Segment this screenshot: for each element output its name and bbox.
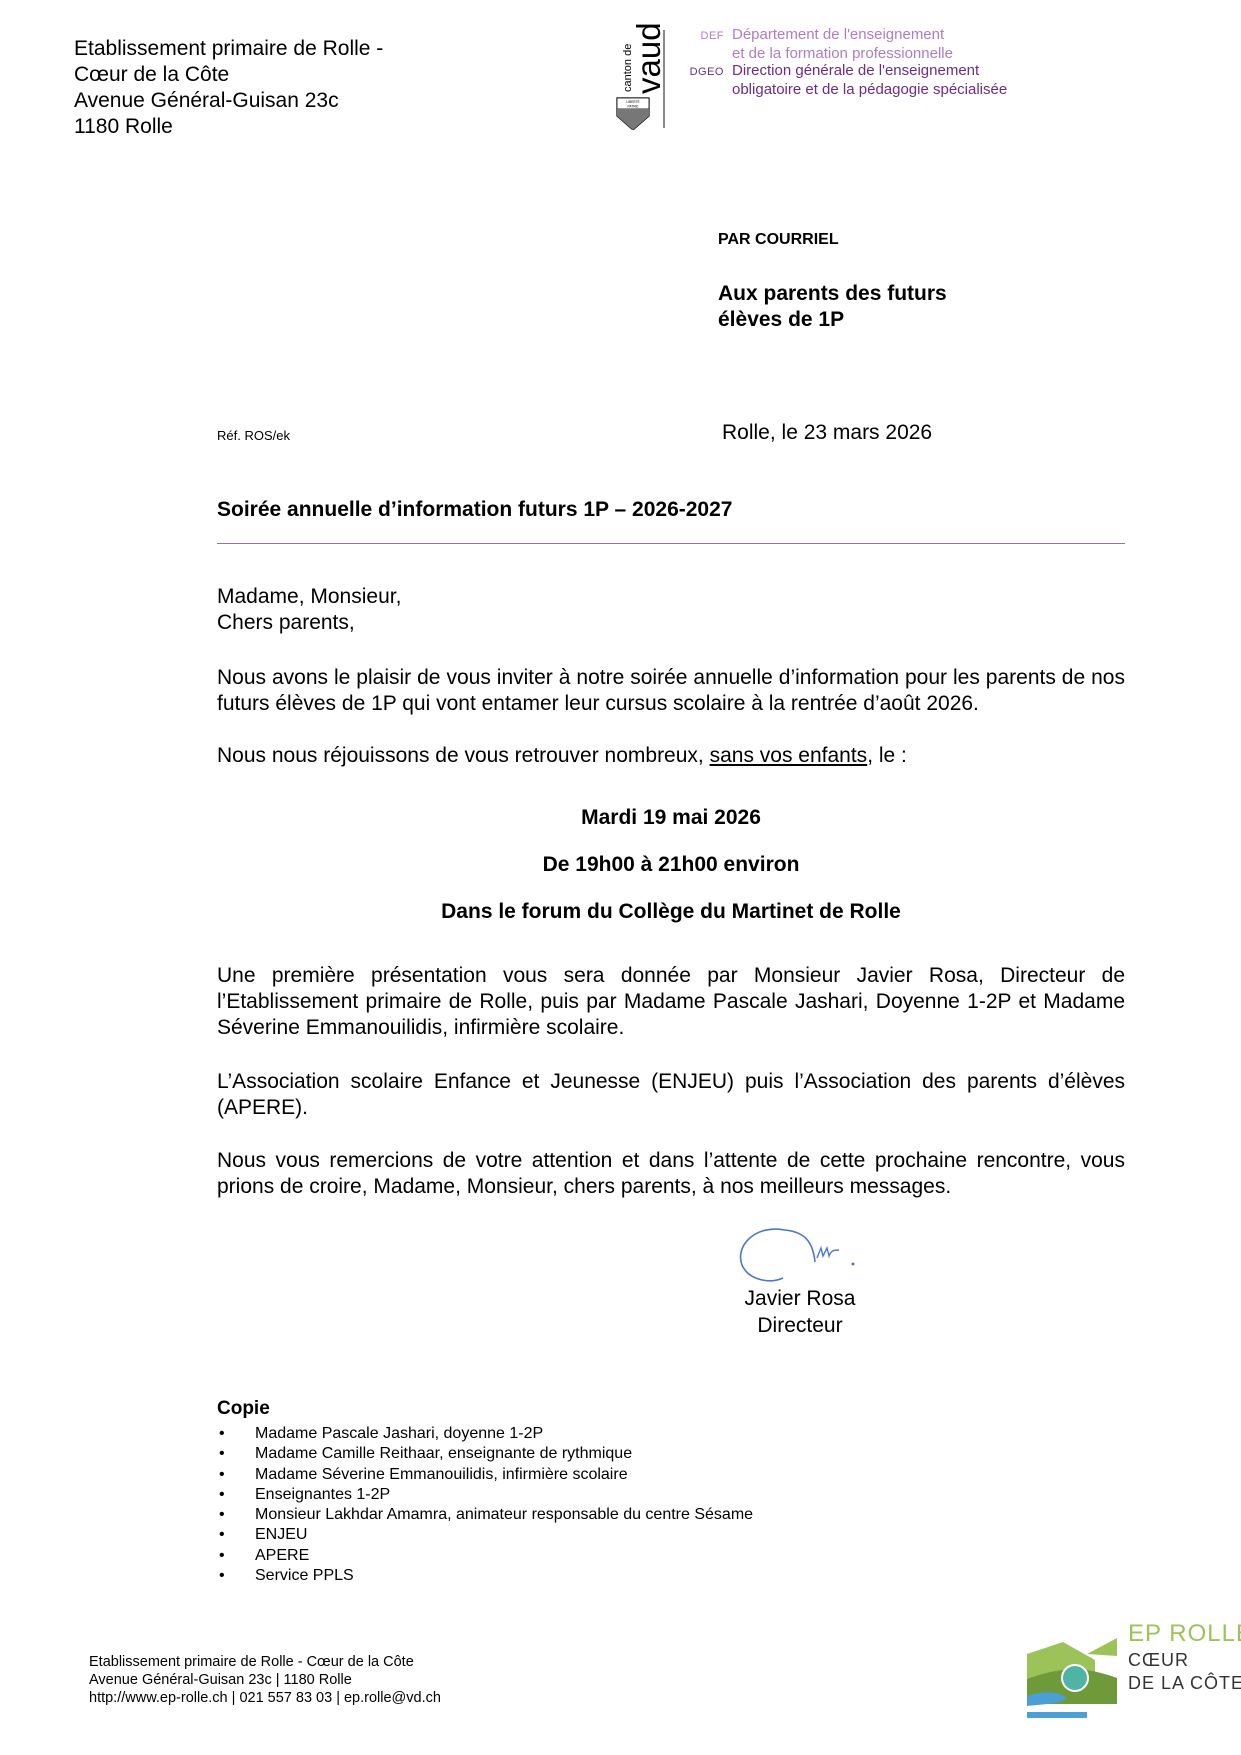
copy-list: Madame Pascale Jashari, doyenne 1-2P Mad… bbox=[217, 1424, 753, 1586]
event-date: Mardi 19 mai 2026 bbox=[217, 806, 1125, 830]
list-item: Madame Séverine Emmanouilidis, infirmièr… bbox=[217, 1465, 753, 1485]
paragraph-invitation: Nous avons le plaisir de vous inviter à … bbox=[217, 665, 1125, 717]
shield-icon: LIBERTÉ PATRIE bbox=[617, 98, 649, 130]
dept-name: Direction générale de l'enseignement bbox=[732, 62, 979, 81]
ep-logo-subtitle: DE LA CÔTE bbox=[1128, 1673, 1241, 1694]
recipient-line: Aux parents des futurs bbox=[718, 281, 947, 307]
list-item: ENJEU bbox=[217, 1525, 753, 1545]
subject-line: Soirée annuelle d’information futurs 1P … bbox=[217, 498, 732, 522]
ep-rolle-logo: EP ROLLE CŒUR DE LA CÔTE bbox=[1025, 1620, 1225, 1720]
text: , le : bbox=[867, 744, 907, 767]
list-item: Madame Pascale Jashari, doyenne 1-2P bbox=[217, 1424, 753, 1444]
dept-name: obligatoire et de la pédagogie spécialis… bbox=[732, 81, 1007, 98]
department-block: DEF Département de l'enseignement et de … bbox=[688, 26, 1007, 98]
signer-name: Javier Rosa bbox=[700, 1285, 900, 1312]
footer-line: Etablissement primaire de Rolle - Cœur d… bbox=[89, 1653, 441, 1671]
dept-name: et de la formation professionnelle bbox=[732, 45, 953, 62]
canton-vaud-logo: canton de vaud LIBERTÉ PATRIE bbox=[612, 24, 676, 130]
svg-text:LIBERTÉ: LIBERTÉ bbox=[626, 99, 639, 104]
signer-title: Directeur bbox=[700, 1312, 900, 1339]
ep-logo-subtitle: CŒUR bbox=[1128, 1650, 1189, 1671]
delivery-method: PAR COURRIEL bbox=[718, 231, 839, 249]
dept-def-line: DEF Département de l'enseignement bbox=[688, 26, 1007, 45]
paragraph-presenters: Une première présentation vous sera donn… bbox=[217, 963, 1125, 1041]
dept-dgeo-line: obligatoire et de la pédagogie spécialis… bbox=[688, 81, 1007, 98]
dept-name: Département de l'enseignement bbox=[732, 26, 944, 45]
sender-line: Avenue Général-Guisan 23c bbox=[74, 88, 383, 114]
dept-abbr: DEF bbox=[688, 26, 724, 45]
salutation-line: Madame, Monsieur, bbox=[217, 584, 1125, 610]
logo-divider bbox=[663, 30, 665, 128]
text: Nous nous réjouissons de vous retrouver … bbox=[217, 744, 710, 767]
list-item: APERE bbox=[217, 1546, 753, 1566]
list-item: Madame Camille Reithaar, enseignante de … bbox=[217, 1444, 753, 1464]
subject-divider bbox=[217, 543, 1125, 544]
dept-abbr: DGEO bbox=[688, 62, 724, 81]
recipient-line: élèves de 1P bbox=[718, 307, 947, 333]
list-item: Monsieur Lakhdar Amamra, animateur respo… bbox=[217, 1505, 753, 1525]
paragraph-no-children: Nous nous réjouissons de vous retrouver … bbox=[217, 743, 1125, 769]
footer-line: Avenue Général-Guisan 23c | 1180 Rolle bbox=[89, 1671, 441, 1689]
ep-logo-title: EP ROLLE bbox=[1128, 1620, 1241, 1648]
salutation-line: Chers parents, bbox=[217, 610, 1125, 636]
footer-line: http://www.ep-rolle.ch | 021 557 83 03 |… bbox=[89, 1689, 441, 1707]
sender-address: Etablissement primaire de Rolle - Cœur d… bbox=[74, 36, 383, 140]
underlined-emphasis: sans vos enfants bbox=[710, 744, 868, 767]
sender-line: Etablissement primaire de Rolle - bbox=[74, 36, 383, 62]
landscape-icon bbox=[1025, 1634, 1125, 1729]
footer-contact: Etablissement primaire de Rolle - Cœur d… bbox=[89, 1653, 441, 1707]
sender-line: 1180 Rolle bbox=[74, 114, 383, 140]
paragraph-associations: L’Association scolaire Enfance et Jeunes… bbox=[217, 1069, 1125, 1121]
event-location: Dans le forum du Collège du Martinet de … bbox=[217, 900, 1125, 924]
svg-text:vaud: vaud bbox=[630, 24, 667, 94]
salutation: Madame, Monsieur, Chers parents, bbox=[217, 584, 1125, 636]
place-date: Rolle, le 23 mars 2026 bbox=[722, 421, 932, 445]
event-time: De 19h00 à 21h00 environ bbox=[217, 853, 1125, 877]
reference: Réf. ROS/ek bbox=[217, 428, 290, 443]
list-item: Service PPLS bbox=[217, 1566, 753, 1586]
dept-dgeo-line: DGEO Direction générale de l'enseignemen… bbox=[688, 62, 1007, 81]
dept-def-line: et de la formation professionnelle bbox=[688, 45, 1007, 62]
list-item: Enseignantes 1-2P bbox=[217, 1485, 753, 1505]
signer-block: Javier Rosa Directeur bbox=[700, 1285, 900, 1339]
svg-text:PATRIE: PATRIE bbox=[627, 105, 638, 109]
copy-list-title: Copie bbox=[217, 1398, 270, 1420]
recipient: Aux parents des futurs élèves de 1P bbox=[718, 281, 947, 333]
sender-line: Cœur de la Côte bbox=[74, 62, 383, 88]
paragraph-closing: Nous vous remercions de votre attention … bbox=[217, 1148, 1125, 1200]
handwritten-signature bbox=[735, 1222, 885, 1292]
